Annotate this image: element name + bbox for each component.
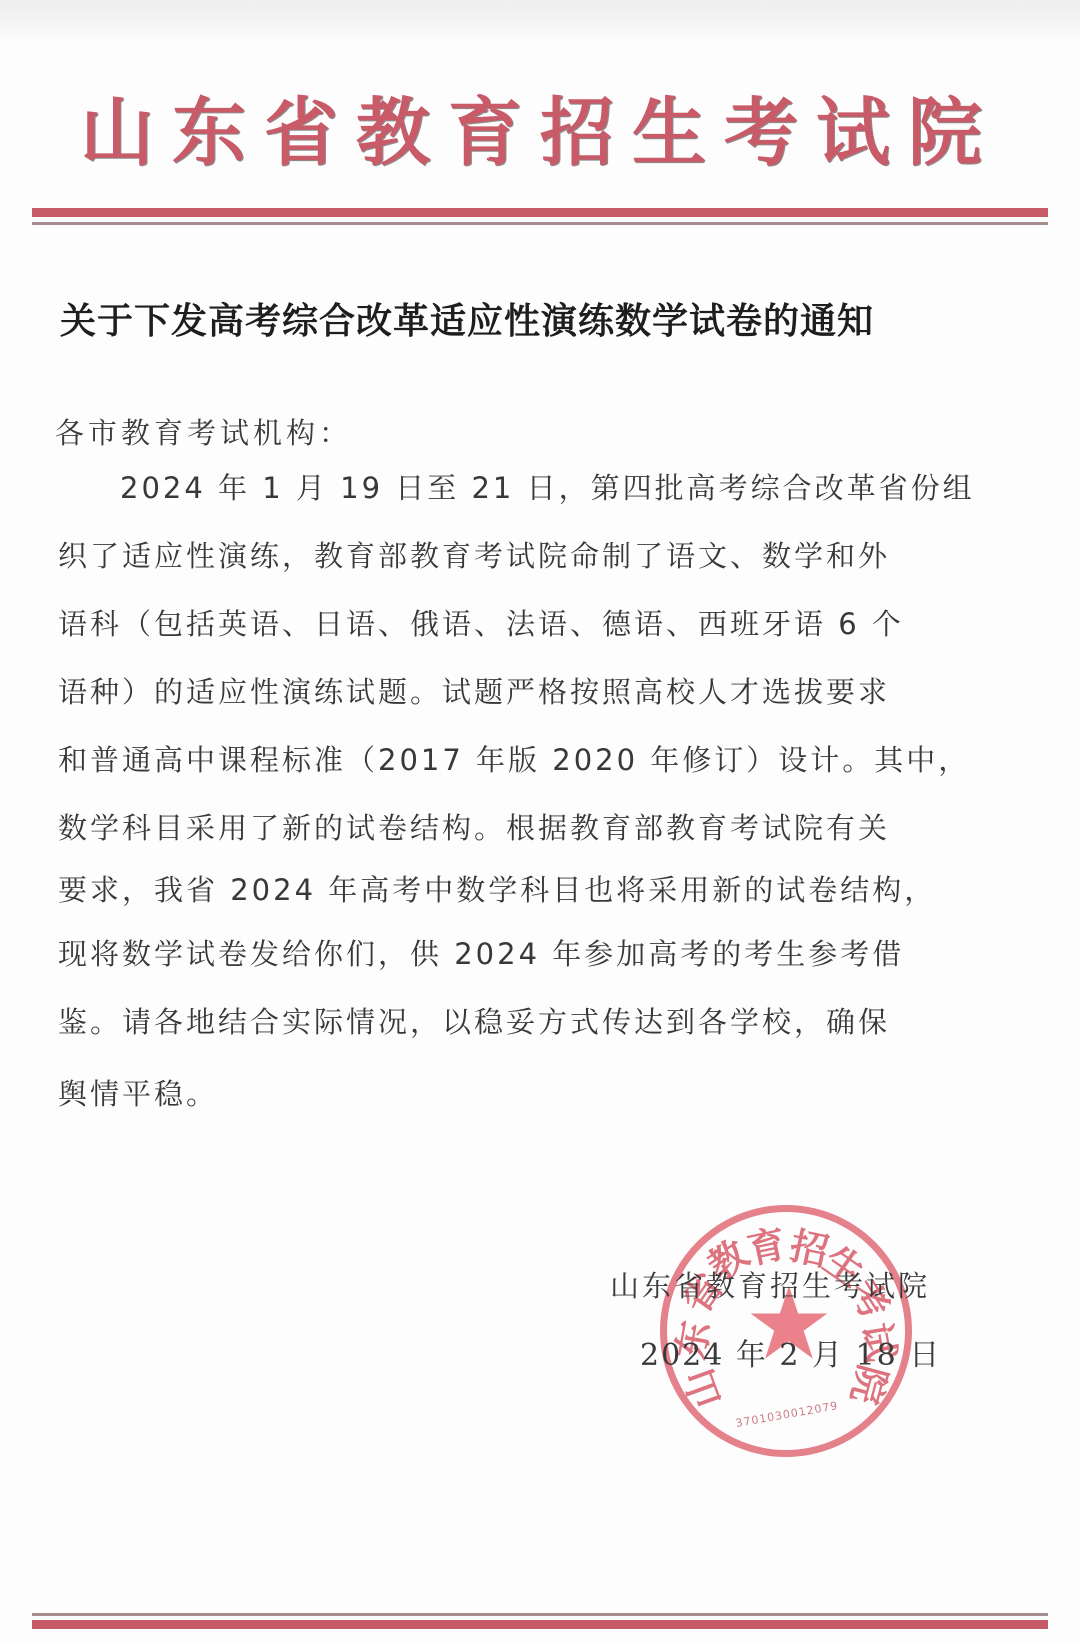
body-line: 鉴。请各地结合实际情况，以稳妥方式传达到各学校，确保	[58, 1004, 890, 1040]
body-line: 要求，我省 2024 年高考中数学科目也将采用新的试卷结构，	[58, 872, 936, 908]
seal-serial-number: 3701030012079	[707, 1394, 867, 1435]
document-title: 关于下发高考综合改革适应性演练数学试卷的通知	[60, 300, 1020, 344]
addressee: 各市教育考试机构：	[55, 415, 352, 451]
footer-rule-thin	[32, 1613, 1048, 1616]
body-line: 语种）的适应性演练试题。试题严格按照高校人才选拔要求	[58, 674, 890, 710]
signature-organization: 山东省教育招生考试院	[610, 1268, 930, 1304]
body-line: 和普通高中课程标准（2017 年版 2020 年修订）设计。其中，	[58, 742, 970, 778]
masthead-rule-thin	[32, 222, 1048, 225]
official-seal: 山 东 省 教 育 招 生 考 试 院 ★ 3701030012079	[660, 1205, 912, 1457]
masthead-org-name: 山东省教育招生考试院	[0, 88, 1080, 178]
footer-rule-thick	[32, 1620, 1048, 1629]
body-line: 现将数学试卷发给你们，供 2024 年参加高考的考生参考借	[58, 936, 904, 972]
body-line: 数学科目采用了新的试卷结构。根据教育部教育考试院有关	[58, 810, 890, 846]
body-line: 织了适应性演练，教育部教育考试院命制了语文、数学和外	[58, 538, 890, 574]
body-line: 2024 年 1 月 19 日至 21 日，第四批高考综合改革省份组	[120, 470, 975, 506]
signature-date: 2024 年 2 月 18 日	[640, 1338, 941, 1374]
masthead-rule-thick	[32, 208, 1048, 217]
body-line: 舆情平稳。	[58, 1076, 218, 1112]
body-line: 语科（包括英语、日语、俄语、法语、德语、西班牙语 6 个	[58, 606, 904, 642]
